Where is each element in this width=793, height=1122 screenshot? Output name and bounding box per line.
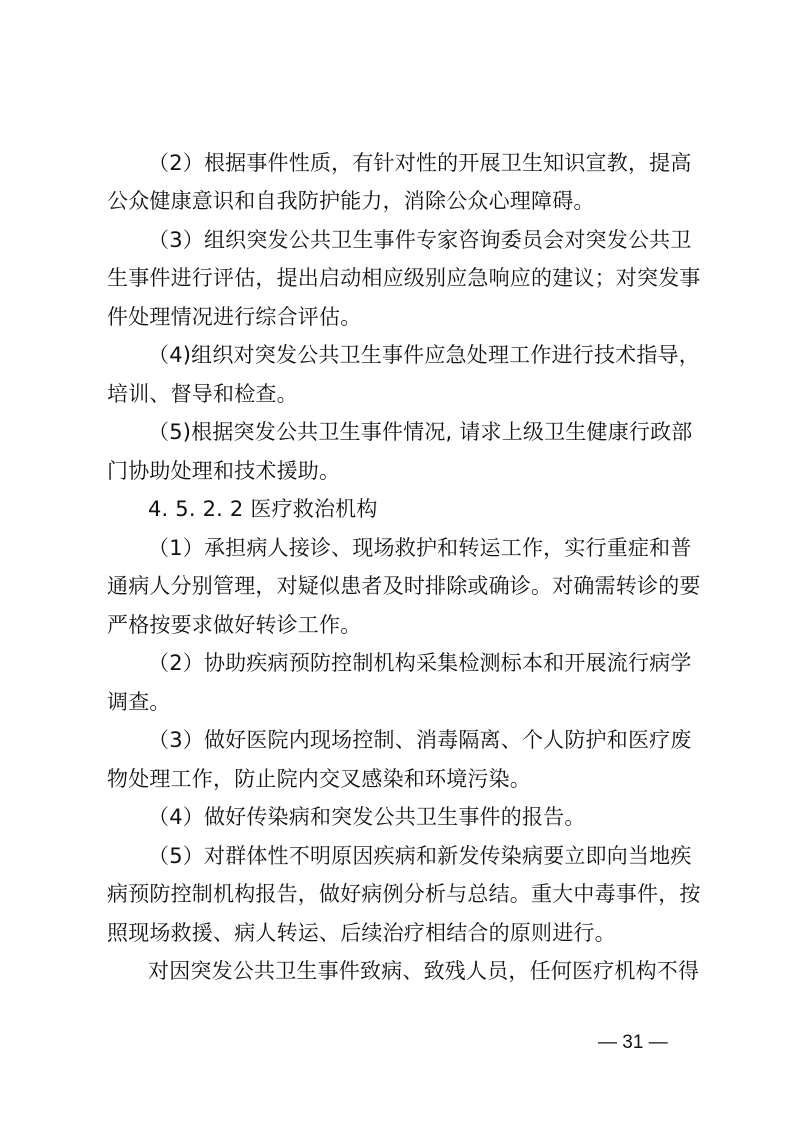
paragraph-line: 门协助处理和技术援助。 xyxy=(107,457,697,485)
paragraph-line: 件处理情况进行综合评估。 xyxy=(107,303,697,331)
paragraph-line: （3）做好医院内现场控制、消毒隔离、个人防护和医疗废 xyxy=(148,726,698,754)
paragraph-line: 培训、督导和检查。 xyxy=(107,380,697,408)
paragraph-line: 对因突发公共卫生事件致病、致残人员，任何医疗机构不得 xyxy=(148,957,698,985)
paragraph-line: 严格按要求做好转诊工作。 xyxy=(107,611,697,639)
paragraph-line: （4）做好传染病和突发公共卫生事件的报告。 xyxy=(148,803,698,831)
paragraph-line: （3）组织突发公共卫生事件专家咨询委员会对突发公共卫 xyxy=(148,226,698,254)
paragraph-line: 生事件进行评估，提出启动相应级别应急响应的建议；对突发事 xyxy=(107,264,697,292)
paragraph-line: 病预防控制机构报告，做好病例分析与总结。重大中毒事件，按 xyxy=(107,880,697,908)
paragraph-line: （4)组织对突发公共卫生事件应急处理工作进行技术指导， xyxy=(148,341,698,369)
paragraph-line: 物处理工作，防止院内交叉感染和环境污染。 xyxy=(107,765,697,793)
page-number: — 31 — xyxy=(598,1032,668,1054)
paragraph-line: （5)根据突发公共卫生事件情况, 请求上级卫生健康行政部 xyxy=(148,418,698,446)
paragraph-line: 通病人分别管理，对疑似患者及时排除或确诊。对确需转诊的要 xyxy=(107,572,697,600)
paragraph-line: （2）协助疾病预防控制机构采集检测标本和开展流行病学 xyxy=(148,649,698,677)
section-heading: 4. 5. 2. 2 医疗救治机构 xyxy=(148,495,698,523)
paragraph-line: 调查。 xyxy=(107,688,697,716)
document-page: （2）根据事件性质，有针对性的开展卫生知识宣教，提高 公众健康意识和自我防护能力… xyxy=(0,0,793,1122)
paragraph-line: 公众健康意识和自我防护能力，消除公众心理障碍。 xyxy=(107,187,697,215)
paragraph-line: （2）根据事件性质，有针对性的开展卫生知识宣教，提高 xyxy=(148,149,698,177)
paragraph-line: （1）承担病人接诊、现场救护和转运工作，实行重症和普 xyxy=(148,534,698,562)
paragraph-line: 照现场救援、病人转运、后续治疗相结合的原则进行。 xyxy=(107,919,697,947)
paragraph-line: （5）对群体性不明原因疾病和新发传染病要立即向当地疾 xyxy=(148,842,698,870)
